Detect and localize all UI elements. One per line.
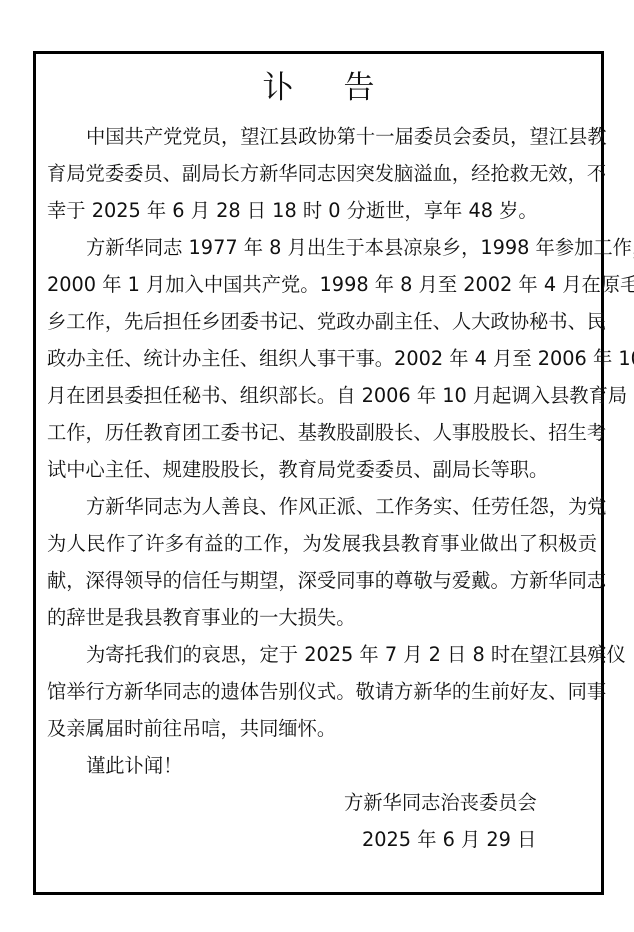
paragraph-biography: 方新华同志 1977 年 8 月出生于本县凉泉乡，1998 年参加工作， 200… xyxy=(47,229,597,488)
text-line: 的辞世是我县教育事业的一大损失。 xyxy=(47,599,597,636)
obituary-frame: 讣告 中国共产党党员，望江县政协第十一届委员会委员，望江县教 育局党委委员、副局… xyxy=(33,51,604,895)
signature-date: 2025 年 6 月 29 日 xyxy=(362,821,536,858)
signature-committee: 方新华同志治丧委员会 xyxy=(344,784,537,821)
text-line: 育局党委委员、副局长方新华同志因突发脑溢血，经抢救无效，不 xyxy=(47,155,597,192)
text-line: 乡工作，先后担任乡团委书记、党政办副主任、人大政协秘书、民 xyxy=(47,303,597,340)
text-line: 工作，历任教育团工委书记、基教股副股长、人事股股长、招生考 xyxy=(47,414,597,451)
text-line: 方新华同志 1977 年 8 月出生于本县凉泉乡，1998 年参加工作， xyxy=(47,229,597,266)
text-line: 试中心主任、规建股股长，教育局党委委员、副局长等职。 xyxy=(47,451,597,488)
title-char-1: 讣 xyxy=(263,68,294,108)
title-char-2: 告 xyxy=(344,68,375,108)
paragraph-closing: 谨此讣闻！ xyxy=(47,747,597,784)
text-line: 月在团县委担任秘书、组织部长。自 2006 年 10 月起调入县教育局 xyxy=(47,377,597,414)
text-line: 献，深得领导的信任与期望，深受同事的尊敬与爱戴。方新华同志 xyxy=(47,562,597,599)
paragraph-announcement: 中国共产党党员，望江县政协第十一届委员会委员，望江县教 育局党委委员、副局长方新… xyxy=(47,118,597,229)
text-line: 为人民作了许多有益的工作，为发展我县教育事业做出了积极贡 xyxy=(47,525,597,562)
text-line: 馆举行方新华同志的遗体告别仪式。敬请方新华的生前好友、同事 xyxy=(47,673,597,710)
text-line: 谨此讣闻！ xyxy=(47,747,597,784)
obituary-title: 讣告 xyxy=(36,68,601,108)
text-line: 幸于 2025 年 6 月 28 日 18 时 0 分逝世，享年 48 岁。 xyxy=(47,192,597,229)
text-line: 及亲属届时前往吊唁，共同缅怀。 xyxy=(47,710,597,747)
paragraph-memorial: 为寄托我们的哀思，定于 2025 年 7 月 2 日 8 时在望江县殡仪 馆举行… xyxy=(47,636,597,747)
paragraph-tribute: 方新华同志为人善良、作风正派、工作务实、任劳任怨，为党 为人民作了许多有益的工作… xyxy=(47,488,597,636)
text-line: 2000 年 1 月加入中国共产党。1998 年 8 月至 2002 年 4 月… xyxy=(47,266,597,303)
text-line: 政办主任、统计办主任、组织人事干事。2002 年 4 月至 2006 年 10 xyxy=(47,340,597,377)
text-line: 方新华同志为人善良、作风正派、工作务实、任劳任怨，为党 xyxy=(47,488,597,525)
text-line: 中国共产党党员，望江县政协第十一届委员会委员，望江县教 xyxy=(47,118,597,155)
obituary-body: 中国共产党党员，望江县政协第十一届委员会委员，望江县教 育局党委委员、副局长方新… xyxy=(47,118,597,784)
text-line: 为寄托我们的哀思，定于 2025 年 7 月 2 日 8 时在望江县殡仪 xyxy=(47,636,597,673)
